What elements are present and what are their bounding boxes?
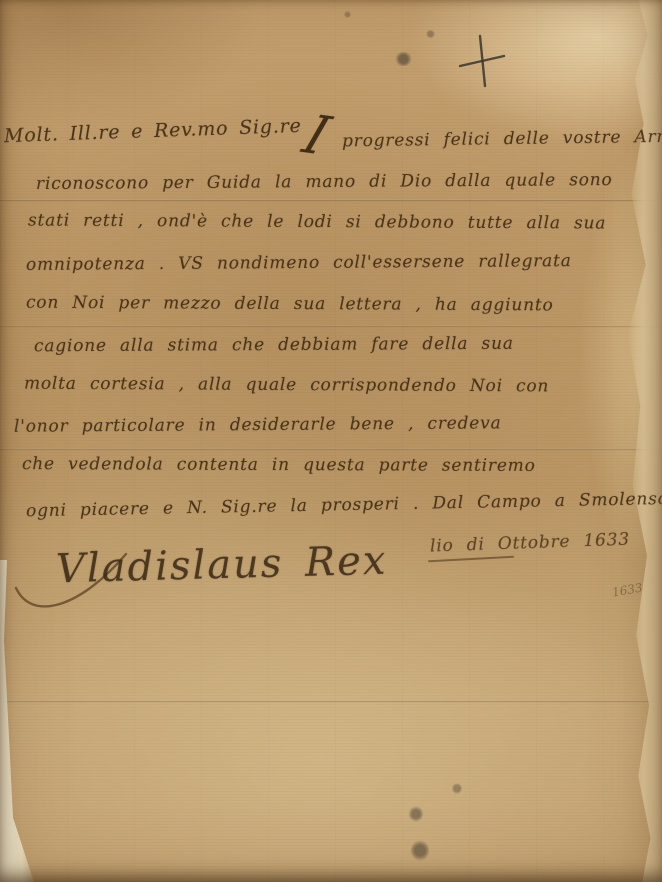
letter-salutation: Molt. Ill.re e Rev.mo Sig.re: [4, 115, 302, 147]
letter-body-line: progressi felici delle vostre Armi: [342, 127, 662, 152]
letter-body-line: ogni piacere e N. Sig.re la prosperi . D…: [26, 489, 662, 522]
letter-body-line: riconoscono per Guida la mano di Dio dal…: [36, 170, 613, 194]
cross-mark-icon: [452, 32, 510, 90]
dateline-flourish: [428, 556, 514, 562]
ink-smudge: [395, 52, 412, 66]
letter-body-line: molta cortesia , alla quale corrisponden…: [24, 374, 549, 397]
fold-crease: [0, 448, 662, 451]
letter-body-line: con Noi per mezzo della sua lettera , ha…: [26, 293, 554, 316]
fold-crease: [0, 700, 662, 703]
fold-crease: [0, 199, 662, 202]
pencil-annotation-year: 1633: [611, 580, 644, 599]
letter-body-line: omnipotenza . VS nondimeno coll'essersen…: [26, 251, 572, 275]
letter-body-line: stati retti , ond'è che le lodi si debbo…: [28, 210, 606, 233]
letter-body-line: che vedendola contenta in questa parte s…: [22, 454, 536, 476]
ink-spot: [426, 30, 435, 38]
manuscript-letter-scan: Molt. Ill.re e Rev.mo Sig.re I progressi…: [0, 0, 662, 882]
ink-spot: [344, 11, 351, 18]
backing-edge-left: [0, 560, 40, 882]
ink-blot: [452, 783, 462, 794]
letter-body-line: cagione alla stima che debbiam fare dell…: [34, 334, 514, 357]
ink-blot: [409, 806, 423, 822]
ink-blot: [411, 840, 429, 861]
fold-crease: [0, 325, 662, 328]
letter-body-line: l'onor particolare in desiderarle bene ,…: [14, 413, 502, 436]
royal-signature: Vladislaus Rex: [55, 538, 388, 593]
dateline: lio di Ottobre 1633: [430, 530, 631, 557]
